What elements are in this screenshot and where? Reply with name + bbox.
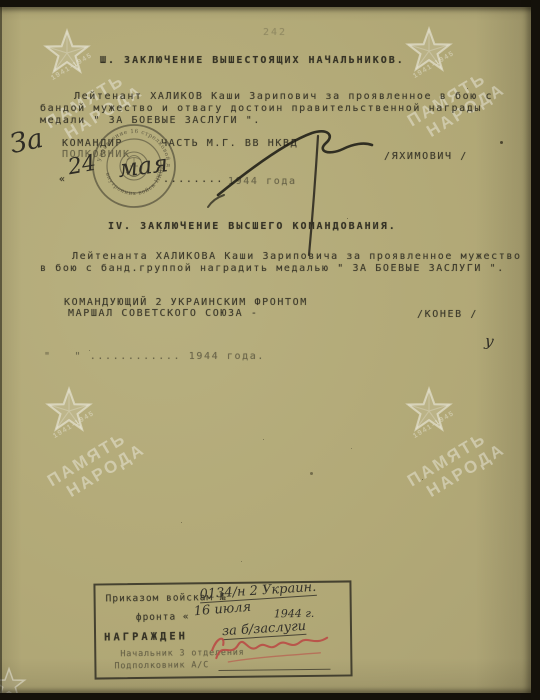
paper-specks xyxy=(500,141,503,144)
handwritten-za: За xyxy=(7,123,46,160)
approver-name-konev: /КОНЕВ / xyxy=(417,309,478,320)
star-icon xyxy=(44,30,90,76)
stamp-line1-handwritten-order-number: 0134/н 2 Украин. xyxy=(199,580,317,604)
watermark-text: ПАМЯТЬНАРОДА xyxy=(44,423,148,507)
section4-paragraph-line2: в бою с банд.группой наградить медалью "… xyxy=(40,263,505,274)
watermark-years: 1941-1945 xyxy=(412,410,456,440)
watermark-mid-left: 1941-1945 ПАМЯТЬНАРОДА xyxy=(46,388,196,518)
watermark-years: 1941-1945 xyxy=(52,410,96,440)
stamp-line2-year: 1944 г. xyxy=(274,607,315,620)
star-icon xyxy=(406,388,452,434)
star-icon xyxy=(46,388,92,434)
yakhimovich-ink-signature xyxy=(200,115,400,265)
front-commander-line2: МАРШАЛ СОВЕТСКОГО СОЮЗА - xyxy=(68,308,259,319)
stray-pen-mark: у xyxy=(484,331,495,350)
watermark-text: ПАМЯТЬНАРОДА xyxy=(404,423,508,507)
section4-heading: IV. ЗАКЛЮЧЕНИЕ ВЫСШЕГО КОМАНДОВАНИЯ. xyxy=(108,221,397,232)
watermark-years: 1941-1945 xyxy=(50,52,94,82)
page-number: 242 xyxy=(263,27,287,38)
blank-date-line: " " ............ 1944 года. xyxy=(44,351,265,362)
watermark-years: 1941-1945 xyxy=(412,50,456,80)
scan-edge-top xyxy=(0,0,540,7)
stamp-line5-rank: Подполковник А/С xyxy=(114,660,209,671)
stamp-line2-label: фронта « xyxy=(136,611,190,623)
scan-edge-bottom xyxy=(0,693,540,700)
star-icon xyxy=(406,28,452,74)
red-ink-signature xyxy=(208,627,339,671)
section3-paragraph-line2: бандой мужество и отвагу достоин правите… xyxy=(40,103,482,114)
military-unit-seal: Управление 16 стрелковой дивизии внутрен… xyxy=(90,122,178,210)
scan-edge-left xyxy=(0,0,2,700)
front-commander-line1: КОМАНДУЮЩИЙ 2 УКРАИНСКИМ ФРОНТОМ xyxy=(64,297,308,308)
section3-paragraph-line1: Лейтенант ХАЛИКОВ Каши Зарипович за проя… xyxy=(74,91,493,102)
scan-edge-right xyxy=(531,0,540,700)
scanned-award-document-page: 1941-1945 ПАМЯТЬНАРОДА 1941-1945 ПАМЯТЬН… xyxy=(0,0,540,700)
award-order-stamp-box: Приказом войскам № 0134/н 2 Украин. фрон… xyxy=(93,580,352,679)
stamp-awarded-label: НАГРАЖДЕН xyxy=(104,630,188,643)
section4-paragraph-line1: Лейтенанта ХАЛИКОВА Каши Зариповича за п… xyxy=(72,251,522,262)
section3-heading: Ш. ЗАКЛЮЧЕНИЕ ВЫШЕСТОЯЩИХ НАЧАЛЬНИКОВ. xyxy=(100,55,405,66)
watermark-mid-right: 1941-1945 ПАМЯТЬНАРОДА xyxy=(406,388,540,518)
stamp-line2-handwritten-date: 16 июля xyxy=(193,600,251,620)
date-open-quote: « xyxy=(59,174,67,185)
